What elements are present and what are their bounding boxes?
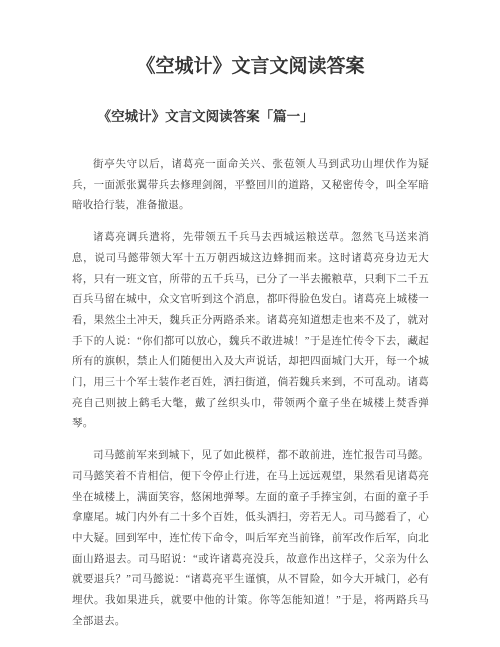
document-page: 《空城计》文言文阅读答案 《空城计》文言文阅读答案「篇一」 街亭失守以后，诸葛亮… [0,0,500,647]
section-heading-part-one: 《空城计》文言文阅读答案「篇一」 [72,107,429,127]
document-title: 《空城计》文言文阅读答案 [72,54,429,80]
body-paragraph: 街亭失守以后，诸葛亮一面命关兴、张苞领人马到武功山埋伏作为疑兵，一面派张翼带兵去… [72,155,429,217]
document-body: 街亭失守以后，诸葛亮一面命关兴、张苞领人马到武功山埋伏作为疑兵，一面派张翼带兵去… [72,155,429,632]
body-paragraph: 诸葛亮调兵遣将，先带领五千兵马去西城运粮送草。忽然飞马送来消息，说司马懿带领大军… [72,228,429,435]
body-paragraph: 司马懿前军来到城下，见了如此模样，都不敢前进，连忙报告司马懿。司马懿笑着不肯相信… [72,446,429,632]
